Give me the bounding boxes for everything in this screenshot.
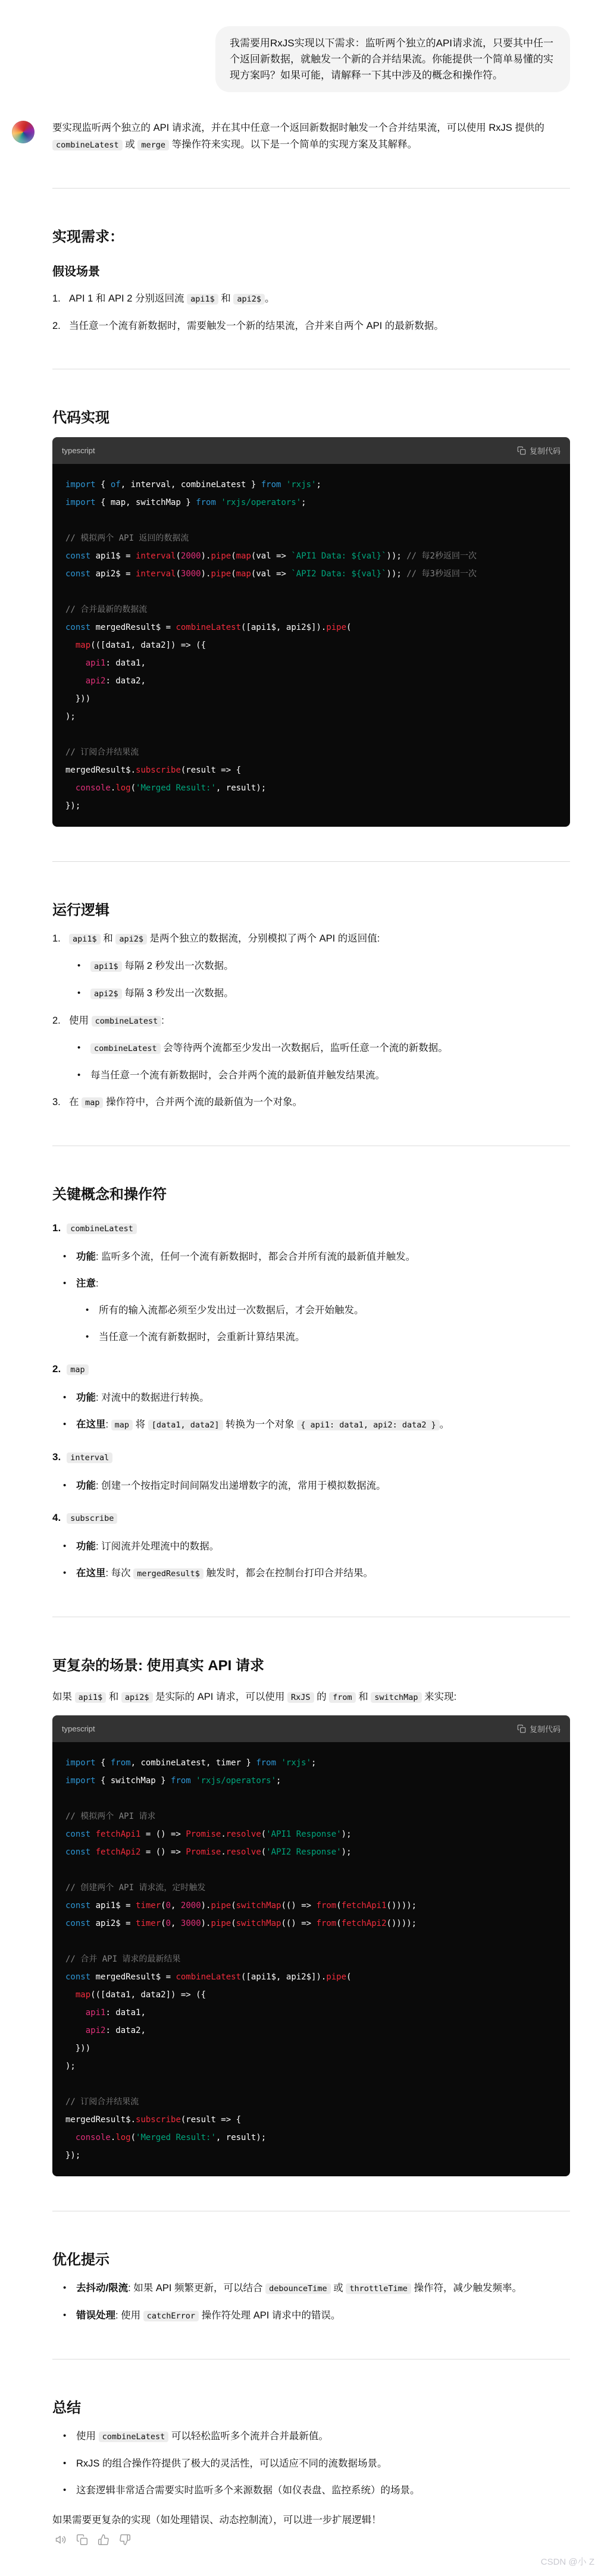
code-line: // 订阅合并结果流 xyxy=(65,743,557,761)
code-line: }); xyxy=(65,2147,557,2164)
code-token: 'Merged Result:' xyxy=(136,2133,216,2142)
code-line: // 创建两个 API 请求流，定时触发 xyxy=(65,1879,557,1897)
section-divider xyxy=(52,861,570,862)
code-token: 'rxjs' xyxy=(286,480,317,490)
code-token: { switchMap } xyxy=(96,1776,171,1786)
code-token: const xyxy=(65,1847,90,1857)
bullet-icon: • xyxy=(86,1302,89,1319)
bullet-list: •去抖动/限流: 如果 API 频繁更新，可以结合 debounceTime 或… xyxy=(61,2280,570,2324)
list-item-text: api2$ 每隔 3 秒发出一次数据。 xyxy=(90,988,234,999)
code-line xyxy=(65,1790,557,1808)
code-token: const xyxy=(65,1972,90,1982)
code-token: console xyxy=(76,2133,111,2142)
code-token: ). xyxy=(201,569,211,579)
code-token: const xyxy=(65,569,90,579)
code-token: ( xyxy=(161,1901,165,1910)
code-token: 0 xyxy=(166,1919,171,1928)
code-token: of xyxy=(111,480,121,490)
code-token: pipe xyxy=(211,1919,231,1928)
code-token: ). xyxy=(201,551,211,561)
inline-code: api1$ xyxy=(69,934,101,945)
code-token xyxy=(65,676,86,686)
list-number: 3. xyxy=(52,1451,61,1463)
code-token: subscribe xyxy=(136,2115,181,2125)
list-item-text: RxJS 的组合操作符提供了极大的灵活性，可以适应不同的流数据场景。 xyxy=(76,2458,387,2469)
code-token: ()))); xyxy=(387,1901,417,1910)
inline-code: api1$ xyxy=(90,961,122,972)
bullet-list: •所有的输入流都必须至少发出过一次数据后，才会开始触发。•当任意一个流有新数据时… xyxy=(83,1302,570,1345)
code-token: resolve xyxy=(226,1847,261,1857)
section-heading: 总结 xyxy=(52,2399,570,2418)
code-token: 'rxjs/operators' xyxy=(196,1776,276,1786)
text-run: 。 xyxy=(265,293,275,304)
code-token xyxy=(65,641,76,650)
code-line xyxy=(65,1861,557,1879)
code-token: 'API2 Response' xyxy=(266,1847,341,1857)
bullet-icon: • xyxy=(63,1389,66,1406)
bold-label: 功能 xyxy=(76,1251,96,1262)
inline-code: subscribe xyxy=(67,1513,117,1524)
inline-code: api2$ xyxy=(115,934,147,945)
code-token: : data2, xyxy=(105,2026,145,2035)
code-line: const api1$ = interval(2000).pipe(map(va… xyxy=(65,547,557,565)
bullet-icon: • xyxy=(63,1477,66,1494)
bullet-icon: • xyxy=(63,2428,66,2445)
list-item: 1.API 1 和 API 2 分别返回流 api1$ 和 api2$。 xyxy=(52,290,570,308)
concept-item-heading: 1.combineLatest xyxy=(52,1219,570,1238)
code-token: 'API1 Response' xyxy=(266,1830,341,1839)
code-token: map xyxy=(76,641,90,650)
code-token: ( xyxy=(261,1830,266,1839)
list-item: •功能: 创建一个按指定时间间隔发出递增数字的流，常用于模拟数据流。 xyxy=(61,1477,570,1494)
read-aloud-icon xyxy=(55,2534,67,2546)
code-token: api1 xyxy=(86,2008,106,2017)
text-run: 使用 xyxy=(69,1015,92,1026)
code-token: ( xyxy=(161,1919,165,1928)
code-token: fetchApi2 xyxy=(342,1919,387,1928)
code-token: switchMap xyxy=(236,1919,281,1928)
text-run: 可以轻松监听多个流并合并最新值。 xyxy=(168,2431,328,2442)
text-run: 会等待两个流都至少发出一次数据后，监听任意一个流的新数据。 xyxy=(161,1043,448,1053)
code-token: pipe xyxy=(211,569,231,579)
code-token: mergedResult$. xyxy=(65,2115,136,2125)
text-run: : 每次 xyxy=(106,1568,134,1579)
text-run: 每当任意一个流有新数据时，会合并两个流的最新值并触发结果流。 xyxy=(90,1070,385,1081)
bullet-icon: • xyxy=(77,985,80,1002)
list-item-text: 在这里: map 将 [data1, data2] 转换为一个对象 { api1… xyxy=(76,1419,449,1430)
list-item-text: API 1 和 API 2 分别返回流 api1$ 和 api2$。 xyxy=(69,293,275,304)
inline-code: map xyxy=(82,1097,103,1108)
inline-code: api1$ xyxy=(187,294,218,305)
code-line: console.log('Merged Result:', result); xyxy=(65,2129,557,2147)
code-token: // 合并 API 请求的最新结果 xyxy=(65,1954,180,1964)
code-token: // 模拟两个 API 请求 xyxy=(65,1812,155,1821)
inline-code: combineLatest xyxy=(52,140,123,150)
code-token: import xyxy=(65,480,96,490)
code-token: ; xyxy=(301,498,306,507)
list-item-text: 错误处理: 使用 catchError 操作符处理 API 请求中的错误。 xyxy=(76,2310,340,2321)
bullet-icon: • xyxy=(63,2307,66,2324)
bullet-icon: • xyxy=(63,2455,66,2472)
list-item: •在这里: 每次 mergedResult$ 触发时，都会在控制台打印合并结果。 xyxy=(61,1565,570,1582)
code-line: ); xyxy=(65,708,557,726)
list-item: •功能: 订阅流并处理流中的数据。 xyxy=(61,1538,570,1555)
assistant-intro-paragraph: 要实现监听两个独立的 API 请求流，并在其中任意一个返回新数据时触发一个合并结… xyxy=(52,120,570,153)
code-token: // 订阅合并结果流 xyxy=(65,2097,139,2107)
user-message-bubble: 我需要用RxJS实现以下需求：监听两个独立的API请求流，只要其中任一个返回新数… xyxy=(215,26,570,92)
code-line: console.log('Merged Result:', result); xyxy=(65,779,557,797)
thumbs-up-button[interactable] xyxy=(98,2533,109,2546)
inline-code: interval xyxy=(67,1452,112,1463)
code-token: ( xyxy=(176,551,180,561)
code-content: import { from, combineLatest, timer } fr… xyxy=(52,1742,570,2176)
text-run: API 1 和 API 2 分别返回流 xyxy=(69,293,187,304)
code-token: }); xyxy=(65,801,80,811)
text-run: 转换为一个对象 xyxy=(223,1419,298,1430)
code-token xyxy=(90,1847,95,1857)
code-line: import { switchMap } from 'rxjs/operator… xyxy=(65,1772,557,1790)
code-token: from xyxy=(171,1776,191,1786)
code-token: console xyxy=(76,783,111,793)
code-token: ( xyxy=(176,569,180,579)
list-item: •这套逻辑非常适合需要实时监听多个来源数据（如仪表盘、监控系统）的场景。 xyxy=(61,2482,570,2499)
bullet-icon: • xyxy=(63,1565,66,1582)
text-run: 或 xyxy=(123,139,138,150)
code-token: from xyxy=(256,1758,276,1768)
code-line: map(([data1, data2]) => ({ xyxy=(65,1986,557,2004)
code-line: api2: data2, xyxy=(65,2022,557,2040)
list-number: 2. xyxy=(52,1012,61,1029)
code-line: // 合并最新的数据流 xyxy=(65,601,557,619)
list-item: 3.在 map 操作符中，合并两个流的最新值为一个对象。 xyxy=(52,1094,570,1111)
code-token: import xyxy=(65,1776,96,1786)
section-heading: 关键概念和操作符 xyxy=(52,1185,570,1204)
text-run: : xyxy=(96,1278,99,1289)
code-token: (() => xyxy=(281,1919,317,1928)
code-token: 3000 xyxy=(181,569,201,579)
code-token xyxy=(65,658,86,668)
code-token: // 订阅合并结果流 xyxy=(65,748,139,757)
code-line: const api2$ = interval(3000).pipe(map(va… xyxy=(65,565,557,583)
text-run: : xyxy=(106,1419,111,1430)
inline-code: combineLatest xyxy=(67,1223,137,1234)
code-token: . xyxy=(221,1830,226,1839)
code-line: const mergedResult$ = combineLatest([api… xyxy=(65,1968,557,1986)
code-token: (val => xyxy=(251,569,291,579)
list-number: 3. xyxy=(52,1094,61,1110)
code-token: timer xyxy=(136,1919,161,1928)
code-token: combineLatest xyxy=(176,1972,241,1982)
inline-code: combineLatest xyxy=(99,2431,169,2442)
bold-label: 功能 xyxy=(76,1480,96,1491)
code-token: , interval, combineLatest } xyxy=(121,480,261,490)
code-token: , xyxy=(171,1901,181,1910)
code-token: (() => xyxy=(281,1901,317,1910)
inline-code: api2$ xyxy=(121,1692,153,1703)
code-token xyxy=(191,1776,196,1786)
text-run: 是两个独立的数据流，分别模拟了两个 API 的返回值: xyxy=(147,933,380,944)
code-token: (val => xyxy=(251,551,291,561)
text-run: 当任意一个流有新数据时，需要触发一个新的结果流，合并来自两个 API 的最新数据… xyxy=(69,321,444,331)
code-content: import { of, interval, combineLatest } f… xyxy=(52,464,570,827)
text-run: 操作符中，合并两个流的最新值为一个对象。 xyxy=(103,1097,302,1107)
code-line xyxy=(65,2075,557,2093)
text-run: 和 xyxy=(218,293,234,304)
text-run: : 订阅流并处理流中的数据。 xyxy=(96,1541,219,1552)
text-run: 操作符处理 API 请求中的错误。 xyxy=(199,2310,340,2321)
code-token: pipe xyxy=(326,623,346,632)
code-token: log xyxy=(115,2133,130,2142)
code-token xyxy=(281,480,286,490)
csdn-watermark: CSDN @小 Z xyxy=(541,2555,594,2568)
text-run: : 创建一个按指定时间间隔发出递增数字的流，常用于模拟数据流。 xyxy=(96,1480,386,1491)
list-item-text: 去抖动/限流: 如果 API 频繁更新，可以结合 debounceTime 或 … xyxy=(76,2283,522,2293)
section-heading: 更复杂的场景: 使用真实 API 请求 xyxy=(52,1656,570,1676)
code-token: 2000 xyxy=(181,1901,201,1910)
bullet-list: •combineLatest 会等待两个流都至少发出一次数据后，监听任意一个流的… xyxy=(75,1040,570,1084)
code-token: pipe xyxy=(211,551,231,561)
list-item: •RxJS 的组合操作符提供了极大的灵活性，可以适应不同的流数据场景。 xyxy=(61,2455,570,2472)
copy-icon xyxy=(517,446,526,455)
inline-code: combineLatest xyxy=(92,1016,162,1027)
code-token: map xyxy=(236,551,251,561)
code-token: (([data1, data2]) => ({ xyxy=(90,641,206,650)
code-block-header: typescript复制代码 xyxy=(52,1715,570,1742)
list-item-text: 注意: xyxy=(76,1278,99,1289)
code-token: (result => { xyxy=(181,765,241,775)
code-token: ); xyxy=(342,1830,352,1839)
code-token: = () => xyxy=(140,1830,186,1839)
code-line: ); xyxy=(65,2057,557,2075)
user-message-row: 我需要用RxJS实现以下需求：监听两个独立的API请求流，只要其中任一个返回新数… xyxy=(0,0,570,92)
code-token: // 每3秒返回一次 xyxy=(406,569,477,579)
text-run: 当任意一个流有新数据时，会重新计算结果流。 xyxy=(99,1332,305,1342)
bullet-icon: • xyxy=(63,1275,66,1292)
code-token: import xyxy=(65,1758,96,1768)
code-token: ( xyxy=(231,1901,236,1910)
code-token: ([api1$, api2$]). xyxy=(241,1972,326,1982)
code-token xyxy=(90,1830,95,1839)
bullet-list: •功能: 对流中的数据进行转换。•在这里: map 将 [data1, data… xyxy=(61,1389,570,1433)
concept-item-heading: 2.map xyxy=(52,1360,570,1379)
text-run: 是实际的 API 请求，可以使用 xyxy=(153,1692,287,1702)
read-aloud-button[interactable] xyxy=(55,2533,67,2546)
section-divider xyxy=(52,1617,570,1617)
thumbs-down-icon xyxy=(119,2534,131,2546)
list-item: •当任意一个流有新数据时，会重新计算结果流。 xyxy=(83,1329,570,1345)
code-token: ; xyxy=(316,480,321,490)
inline-code: RxJS xyxy=(287,1692,314,1703)
list-item: •去抖动/限流: 如果 API 频繁更新，可以结合 debounceTime 或… xyxy=(61,2280,570,2297)
inline-code: api2$ xyxy=(90,989,122,999)
code-token: const xyxy=(65,1830,90,1839)
code-token: ). xyxy=(201,1901,211,1910)
code-line: const api1$ = timer(0, 2000).pipe(switch… xyxy=(65,1897,557,1915)
text-run: 来实现: xyxy=(422,1692,457,1702)
section-heading: 代码实现 xyxy=(52,409,570,428)
ordered-list: 1.api1$ 和 api2$ 是两个独立的数据流，分别模拟了两个 API 的返… xyxy=(52,930,570,1111)
text-run: 使用 xyxy=(76,2431,99,2442)
bullet-icon: • xyxy=(63,2280,66,2296)
list-item-text: 所有的输入流都必须至少发出过一次数据后，才会开始触发。 xyxy=(99,1305,364,1316)
code-token xyxy=(65,2008,86,2017)
code-token: }); xyxy=(65,2151,80,2160)
code-token: )); xyxy=(387,551,407,561)
section-divider xyxy=(52,2359,570,2359)
copy-code-button[interactable]: 复制代码 xyxy=(517,1723,561,1734)
code-token: 2000 xyxy=(181,551,201,561)
code-token: { xyxy=(96,1758,111,1768)
list-item-text: 当任意一个流有新数据时，会重新计算结果流。 xyxy=(99,1332,305,1342)
code-token xyxy=(65,783,76,793)
bold-label: 错误处理 xyxy=(76,2310,115,2321)
list-item-text: api1$ 每隔 2 秒发出一次数据。 xyxy=(90,961,234,971)
code-token: `API2 Data: ${val}` xyxy=(291,569,386,579)
bullet-icon: • xyxy=(63,2482,66,2499)
code-token: ( xyxy=(336,1919,341,1928)
code-token: : data2, xyxy=(105,676,145,686)
list-item-text: 在这里: 每次 mergedResult$ 触发时，都会在控制台打印合并结果。 xyxy=(76,1568,373,1579)
code-token: ( xyxy=(346,1972,351,1982)
code-token: resolve xyxy=(226,1830,261,1839)
list-item-text: 使用 combineLatest: xyxy=(69,1015,164,1026)
code-token: `API1 Data: ${val}` xyxy=(291,551,386,561)
list-item: •功能: 对流中的数据进行转换。 xyxy=(61,1389,570,1406)
bold-label: 去抖动/限流 xyxy=(76,2283,128,2293)
list-item: •api2$ 每隔 3 秒发出一次数据。 xyxy=(75,985,570,1002)
code-token: : data1, xyxy=(105,658,145,668)
code-token: interval xyxy=(136,551,176,561)
inline-code: { api1: data1, api2: data2 } xyxy=(297,1420,440,1430)
code-line: // 模拟两个 API 返回的数据流 xyxy=(65,529,557,547)
code-token: mergedResult$. xyxy=(65,765,136,775)
code-token: })) xyxy=(65,694,90,704)
assistant-content: 实现需求：假设场景1.API 1 和 API 2 分别返回流 api1$ 和 a… xyxy=(52,188,570,2528)
text-run: : 如果 API 频繁更新，可以结合 xyxy=(128,2283,265,2293)
code-token: ( xyxy=(261,1847,266,1857)
list-item-text: 这套逻辑非常适合需要实时监听多个来源数据（如仪表盘、监控系统）的场景。 xyxy=(76,2485,420,2496)
message-actions xyxy=(55,2533,570,2546)
code-token: api2$ = xyxy=(90,1919,136,1928)
code-token: map xyxy=(236,569,251,579)
code-token: : data1, xyxy=(105,2008,145,2017)
copy-button[interactable] xyxy=(76,2533,88,2546)
bold-label: 在这里 xyxy=(76,1568,106,1579)
text-run: 等操作符来实现。以下是一个简单的实现方案及其解释。 xyxy=(169,139,417,150)
text-run: 所有的输入流都必须至少发出过一次数据后，才会开始触发。 xyxy=(99,1305,364,1316)
inline-code: debounceTime xyxy=(265,2283,331,2294)
code-token: ( xyxy=(131,783,136,793)
code-line: const api2$ = timer(0, 3000).pipe(switch… xyxy=(65,1915,557,1932)
code-token: map xyxy=(76,1990,90,2000)
code-token: // 每2秒返回一次 xyxy=(406,551,477,561)
thumbs-down-button[interactable] xyxy=(119,2533,131,2546)
list-item: •在这里: map 将 [data1, data2] 转换为一个对象 { api… xyxy=(61,1416,570,1433)
copy-icon xyxy=(517,1724,526,1733)
list-number: 2. xyxy=(52,1363,61,1375)
code-token: 'rxjs/operators' xyxy=(221,498,301,507)
code-token xyxy=(65,2026,86,2035)
inline-code: map xyxy=(67,1364,88,1375)
code-token: (([data1, data2]) => ({ xyxy=(90,1990,206,2000)
bullet-list: •api1$ 每隔 2 秒发出一次数据。•api2$ 每隔 3 秒发出一次数据。 xyxy=(75,958,570,1002)
code-block: typescript复制代码import { of, interval, com… xyxy=(52,437,570,827)
code-token: ; xyxy=(311,1758,316,1768)
list-item-text: 当任意一个流有新数据时，需要触发一个新的结果流，合并来自两个 API 的最新数据… xyxy=(69,321,444,331)
code-token: // 创建两个 API 请求流，定时触发 xyxy=(65,1883,205,1893)
text-run: 的 xyxy=(314,1692,330,1702)
code-token: , result); xyxy=(216,783,266,793)
section-divider xyxy=(52,2211,570,2211)
code-line: })) xyxy=(65,2040,557,2057)
list-item-text: 在 map 操作符中，合并两个流的最新值为一个对象。 xyxy=(69,1097,302,1107)
code-token: import xyxy=(65,498,96,507)
list-item: •注意: xyxy=(61,1275,570,1292)
copy-icon xyxy=(76,2534,88,2546)
code-line: api1: data1, xyxy=(65,2004,557,2022)
code-line xyxy=(65,512,557,529)
code-token: ); xyxy=(65,712,76,721)
code-line: const fetchApi1 = () => Promise.resolve(… xyxy=(65,1825,557,1843)
code-token: Promise xyxy=(186,1830,221,1839)
list-item: •每当任意一个流有新数据时，会合并两个流的最新值并触发结果流。 xyxy=(75,1067,570,1084)
code-token: )); xyxy=(387,569,407,579)
inline-code: [data1, data2] xyxy=(148,1420,223,1430)
concept-item-heading: 3.interval xyxy=(52,1448,570,1467)
sub-heading: 假设场景 xyxy=(52,263,570,280)
bullet-icon: • xyxy=(86,1329,89,1345)
copy-code-label: 复制代码 xyxy=(530,445,561,456)
code-token: switchMap xyxy=(236,1901,281,1910)
code-token: subscribe xyxy=(136,765,181,775)
text-run: 每隔 2 秒发出一次数据。 xyxy=(122,961,234,971)
text-run: 。 xyxy=(440,1419,450,1430)
list-item: 2.使用 combineLatest: xyxy=(52,1012,570,1030)
bold-label: 功能 xyxy=(76,1392,96,1403)
bullet-list: •使用 combineLatest 可以轻松监听多个流并合并最新值。•RxJS … xyxy=(61,2428,570,2499)
copy-code-button[interactable]: 复制代码 xyxy=(517,445,561,456)
code-token: ( xyxy=(336,1901,341,1910)
list-number: 1. xyxy=(52,930,61,947)
bullet-icon: • xyxy=(63,1538,66,1555)
code-token: fetchApi1 xyxy=(342,1901,387,1910)
list-item-text: 功能: 对流中的数据进行转换。 xyxy=(76,1392,209,1403)
section-divider xyxy=(52,1146,570,1146)
code-token: . xyxy=(221,1847,226,1857)
inline-code: combineLatest xyxy=(90,1043,161,1054)
list-item-text: combineLatest 会等待两个流都至少发出一次数据后，监听任意一个流的新… xyxy=(90,1043,448,1053)
code-token: pipe xyxy=(326,1972,346,1982)
code-token: // 合并最新的数据流 xyxy=(65,605,147,614)
inline-code: map xyxy=(111,1420,133,1430)
code-line: map(([data1, data2]) => ({ xyxy=(65,636,557,654)
code-line xyxy=(65,1932,557,1950)
list-number: 2. xyxy=(52,318,61,334)
list-number: 4. xyxy=(52,1512,61,1523)
code-token: ( xyxy=(346,623,351,632)
code-block-header: typescript复制代码 xyxy=(52,437,570,464)
list-item-text: 使用 combineLatest 可以轻松监听多个流并合并最新值。 xyxy=(76,2431,328,2442)
code-token: interval xyxy=(136,569,176,579)
bold-label: 注意 xyxy=(76,1278,96,1289)
inline-code: switchMap xyxy=(371,1692,421,1703)
code-line: // 订阅合并结果流 xyxy=(65,2093,557,2111)
text-run: 在 xyxy=(69,1097,82,1107)
text-run: 和 xyxy=(106,1692,121,1702)
inline-code: api1$ xyxy=(75,1692,107,1703)
inline-code: api2$ xyxy=(233,294,265,305)
code-token: })) xyxy=(65,2044,90,2053)
